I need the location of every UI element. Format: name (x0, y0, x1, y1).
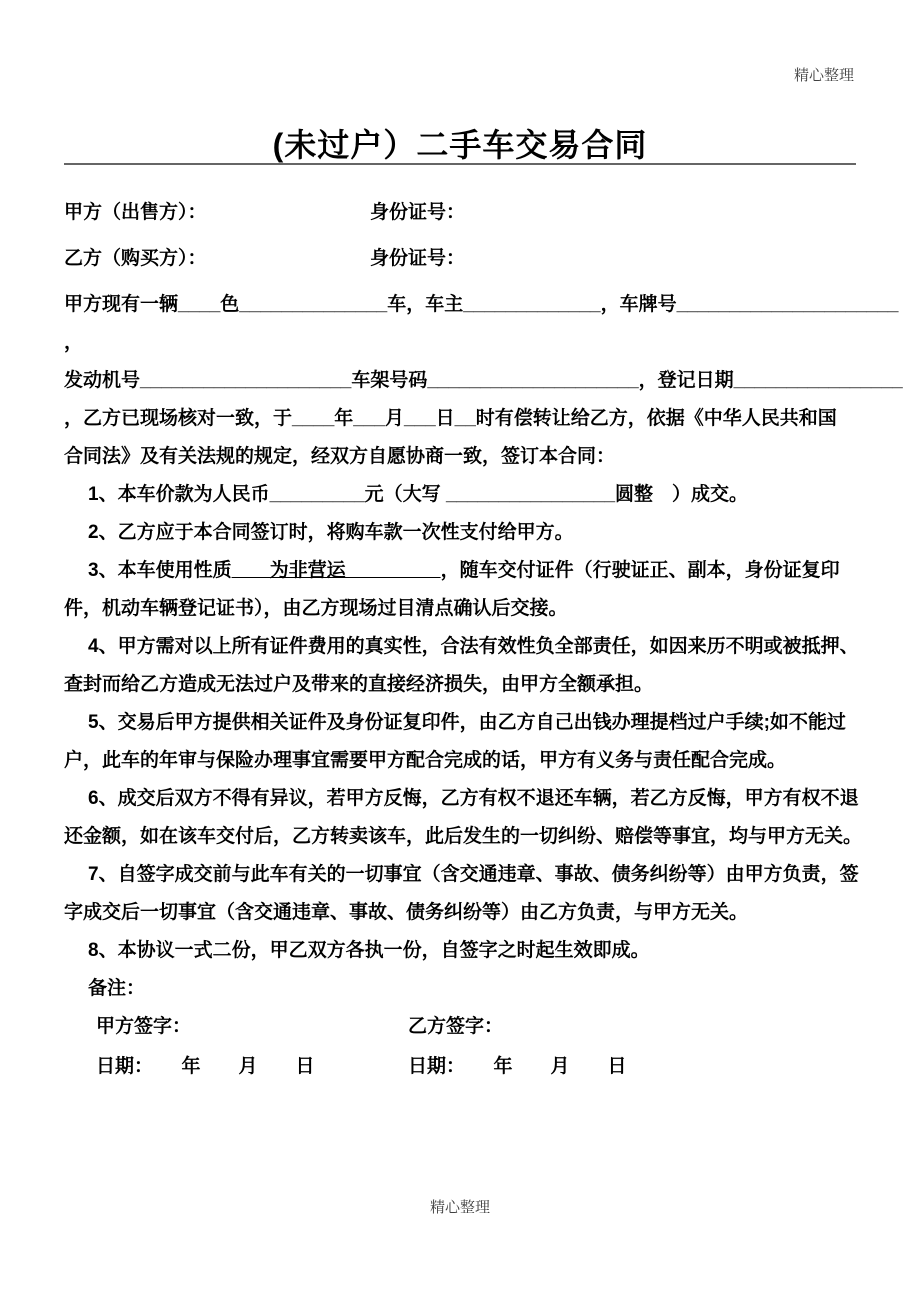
clause-6-line-2: 还金额，如在该车交付后，乙方转卖该车，此后发生的一切纠纷、赔偿等事宜，均与甲方无… (64, 825, 856, 849)
date-row: 日期： 年 月 日 日期： 年 月 日 (64, 1055, 856, 1079)
parties-section: 甲方（出售方）： 身份证号： 乙方（购买方）： 身份证号： (64, 201, 856, 271)
clause-4-line-1: 4、甲方需对以上所有证件费用的真实性，合法有效性负全部责任，如因来历不明或被抵押… (64, 635, 856, 659)
party-a-id-label: 身份证号： (370, 201, 465, 225)
signature-section: 甲方签字： 乙方签字： 日期： 年 月 日 日期： 年 月 日 (64, 1015, 856, 1079)
party-a-row: 甲方（出售方）： 身份证号： (64, 201, 856, 225)
vehicle-description-wrap: ， (64, 331, 856, 355)
clause-8: 8、本协议一式二份，甲乙双方各执一份，自签字之时起生效即成。 (64, 939, 856, 963)
party-b-id-label: 身份证号： (370, 247, 465, 271)
engine-vin-line: 发动机号____________________车架号码____________… (64, 369, 856, 393)
clause-7-line-2: 字成交后一切事宜（含交通违章、事故、债务纠纷等）由乙方负责，与甲方无关。 (64, 901, 856, 925)
contract-body: 甲方现有一辆____色______________车，车主___________… (64, 293, 856, 1001)
party-b-row: 乙方（购买方）： 身份证号： (64, 247, 856, 271)
signature-row: 甲方签字： 乙方签字： (64, 1015, 856, 1039)
clause-1: 1、本车价款为人民币_________元（大写 ________________… (64, 483, 856, 507)
clause-5-line-2: 户，此车的年审与保险办理事宜需要甲方配合完成的话，甲方有义务与责任配合完成。 (64, 749, 856, 773)
page-title: (未过户）二手车交易合同 (64, 127, 856, 165)
party-b-label: 乙方（购买方）： (64, 247, 370, 271)
clause-4-line-2: 查封而给乙方造成无法过户及带来的直接经济损失，由甲方全额承担。 (64, 673, 856, 697)
transfer-line-1: ，乙方已现场核对一致，于____年___月___日__时有偿转让给乙方，依据《中… (64, 407, 856, 431)
party-b-date-line: 日期： 年 月 日 (408, 1055, 627, 1079)
clause-3-prefix: 3、本车使用性质 (88, 560, 232, 581)
remark-label: 备注： (64, 977, 856, 1001)
clause-3-usage-fill: 为非营运 (232, 560, 441, 581)
transfer-line-2: 合同法》及有关法规的规定，经双方自愿协商一致，签订本合同： (64, 445, 856, 469)
clause-3-line-1: 3、本车使用性质 为非营运 ，随车交付证件（行驶证正、副本，身份证复印 (64, 559, 856, 583)
clause-6-line-1: 6、成交后双方不得有异议，若甲方反悔，乙方有权不退还车辆，若乙方反悔，甲方有权不… (64, 787, 856, 811)
footer-watermark-note: 精心整理 (0, 1196, 920, 1217)
party-a-signature-label: 甲方签字： (96, 1015, 408, 1039)
party-a-date-line: 日期： 年 月 日 (96, 1055, 408, 1079)
vehicle-description-line: 甲方现有一辆____色______________车，车主___________… (64, 293, 856, 317)
clause-3-suffix: ，随车交付证件（行驶证正、副本，身份证复印 (441, 560, 840, 581)
clause-2: 2、乙方应于本合同签订时，将购车款一次性支付给甲方。 (64, 521, 856, 545)
contract-page: 精心整理 (未过户）二手车交易合同 甲方（出售方）： 身份证号： 乙方（购买方）… (0, 0, 920, 1302)
party-a-label: 甲方（出售方）： (64, 201, 370, 225)
party-b-signature-label: 乙方签字： (408, 1015, 503, 1039)
clause-3-line-2: 件，机动车辆登记证书），由乙方现场过目清点确认后交接。 (64, 597, 856, 621)
header-watermark-note: 精心整理 (794, 64, 854, 85)
clause-7-line-1: 7、自签字成交前与此车有关的一切事宜（含交通违章、事故、债务纠纷等）由甲方负责，… (64, 863, 856, 887)
clause-5-line-1: 5、交易后甲方提供相关证件及身份证复印件，由乙方自己出钱办理提档过户手续;如不能… (64, 711, 856, 735)
